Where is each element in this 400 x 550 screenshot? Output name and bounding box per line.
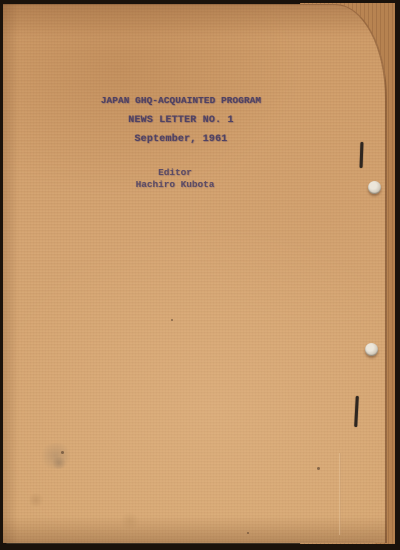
punch-hole-top <box>368 181 381 194</box>
document-cover-page: JAPAN GHQ-ACQUAINTED PROGRAM NEWS LETTER… <box>3 4 387 543</box>
document-subtitle: NEWS LETTER NO. 1 <box>3 111 359 131</box>
editor-label: Editor <box>3 167 347 179</box>
editor-name: Hachiro Kubota <box>3 179 347 191</box>
title-block: JAPAN GHQ-ACQUAINTED PROGRAM NEWS LETTER… <box>3 91 359 150</box>
punch-hole-bottom <box>365 343 378 356</box>
editor-block: Editor Hachiro Kubota <box>3 167 347 190</box>
document-title: JAPAN GHQ-ACQUAINTED PROGRAM <box>3 91 359 111</box>
document-date: September, 1961 <box>3 130 359 150</box>
typewritten-text: JAPAN GHQ-ACQUAINTED PROGRAM NEWS LETTER… <box>3 5 385 543</box>
scanned-document-photo: JAPAN GHQ-ACQUAINTED PROGRAM NEWS LETTER… <box>0 0 400 550</box>
